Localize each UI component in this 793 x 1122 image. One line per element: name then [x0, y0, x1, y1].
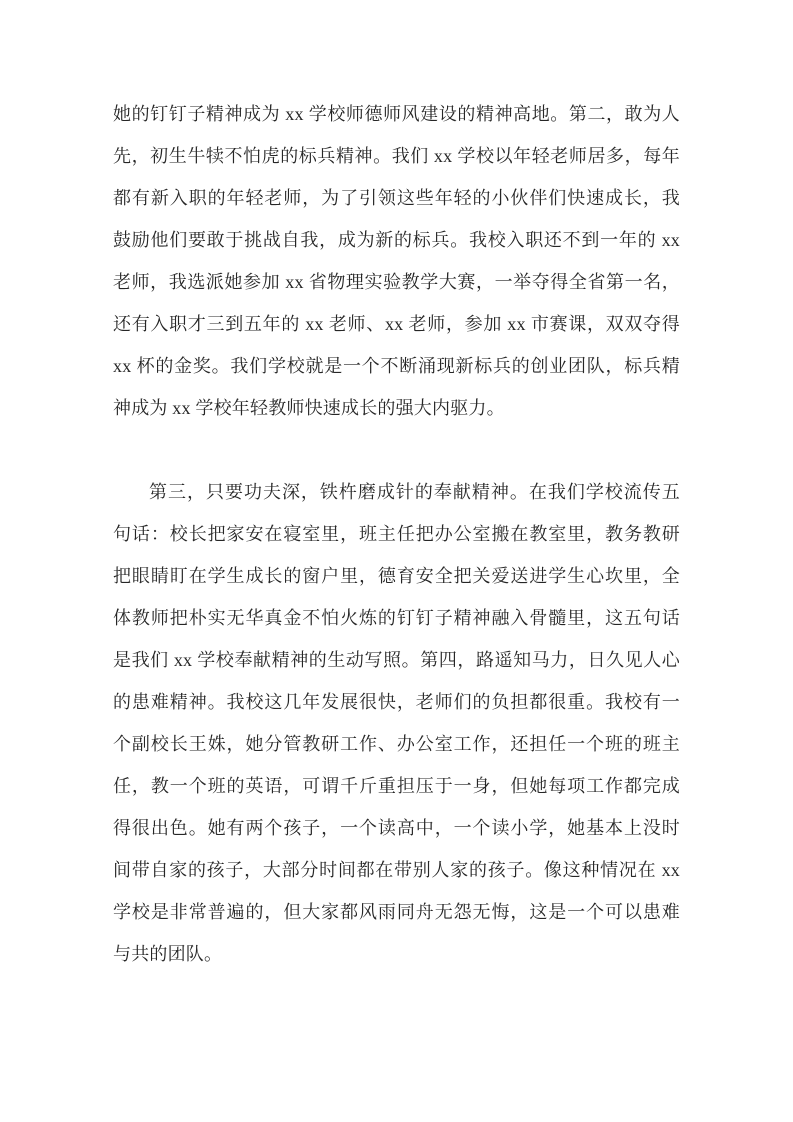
- text-line: 还有入职才三到五年的 xx 老师、xx 老师，参加 xx 市赛课，双双夺得: [113, 303, 680, 345]
- text-line: 鼓励他们要敢于挑战自我，成为新的标兵。我校入职还不到一年的 xx: [113, 219, 680, 261]
- text-line: 学校是非常普遍的，但大家都风雨同舟无怨无悔，这是一个可以患难: [113, 891, 680, 933]
- document-body: 她的钉钉子精神成为 xx 学校师德师风建设的精神高地。第二，敢为人先，初生牛犊不…: [113, 93, 680, 975]
- text-line: 老师，我选派她参加 xx 省物理实验教学大赛，一举夺得全省第一名，: [113, 261, 680, 303]
- text-line: 任，教一个班的英语，可谓千斤重担压于一身，但她每项工作都完成: [113, 765, 680, 807]
- text-line: 的患难精神。我校这几年发展很快，老师们的负担都很重。我校有一: [113, 681, 680, 723]
- text-line: 得很出色。她有两个孩子，一个读高中，一个读小学，她基本上没时: [113, 807, 680, 849]
- text-line: 句话：校长把家安在寝室里，班主任把办公室搬在教室里，教务教研: [113, 513, 680, 555]
- text-line: 与共的团队。: [113, 933, 680, 975]
- document-page: 她的钉钉子精神成为 xx 学校师德师风建设的精神高地。第二，敢为人先，初生牛犊不…: [0, 0, 793, 1122]
- text-line: 都有新入职的年轻老师，为了引领这些年轻的小伙伴们快速成长，我: [113, 177, 680, 219]
- text-line: 她的钉钉子精神成为 xx 学校师德师风建设的精神高地。第二，敢为人: [113, 93, 680, 135]
- text-line: 个副校长王姝，她分管教研工作、办公室工作，还担任一个班的班主: [113, 723, 680, 765]
- text-line: 是我们 xx 学校奉献精神的生动写照。第四，路遥知马力，日久见人心: [113, 639, 680, 681]
- paragraph: 她的钉钉子精神成为 xx 学校师德师风建设的精神高地。第二，敢为人先，初生牛犊不…: [113, 93, 680, 429]
- text-line: 神成为 xx 学校年轻教师快速成长的强大内驱力。: [113, 387, 680, 429]
- text-line: xx 杯的金奖。我们学校就是一个不断涌现新标兵的创业团队，标兵精: [113, 345, 680, 387]
- text-line: 间带自家的孩子，大部分时间都在带别人家的孩子。像这种情况在 xx: [113, 849, 680, 891]
- paragraph: 第三，只要功夫深，铁杵磨成针的奉献精神。在我们学校流传五句话：校长把家安在寝室里…: [113, 471, 680, 975]
- text-line: 把眼睛盯在学生成长的窗户里，德育安全把关爱送进学生心坎里，全: [113, 555, 680, 597]
- text-line: 体教师把朴实无华真金不怕火炼的钉钉子精神融入骨髓里，这五句话: [113, 597, 680, 639]
- text-line: 第三，只要功夫深，铁杵磨成针的奉献精神。在我们学校流传五: [113, 471, 680, 513]
- text-line: 先，初生牛犊不怕虎的标兵精神。我们 xx 学校以年轻老师居多，每年: [113, 135, 680, 177]
